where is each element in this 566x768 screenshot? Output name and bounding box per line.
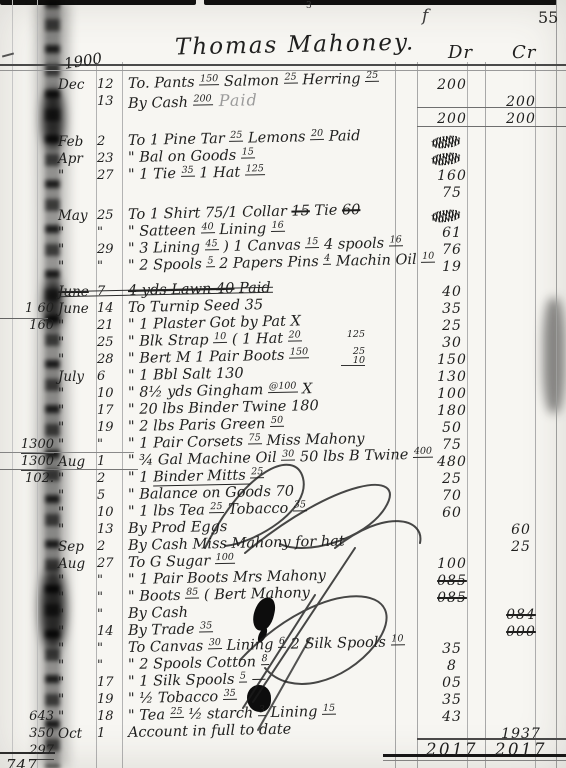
margin-tally-value: 160 — [29, 318, 54, 333]
entry-description-text: 40 — [200, 221, 214, 233]
ledger-row: 200200 — [0, 110, 566, 127]
entry-day: " — [97, 437, 123, 452]
entry-month: " — [58, 386, 96, 402]
entry-month: Apr — [58, 151, 96, 167]
entry-month: " — [58, 641, 96, 657]
ledger-row: June74 yds Lawn 40 Paid40 — [0, 283, 566, 300]
credit-amount: 2017 — [487, 740, 555, 759]
margin-tally-value: 350 — [29, 726, 54, 741]
entry-description-text: " Blk Strap — [128, 332, 214, 350]
margin-tally: 1 60 — [0, 301, 54, 316]
ledger-row: 75 — [0, 184, 566, 201]
entry-description-text: " 8½ yds Gingham — [128, 382, 268, 401]
entry-month: " — [58, 352, 96, 368]
entry-day: 23 — [97, 151, 123, 166]
entry-description-text: " Bal on Goods — [128, 148, 241, 166]
entry-day: " — [97, 225, 123, 240]
entry-description-text: " Tea — [128, 707, 170, 724]
entry-description-text: " Boots — [128, 588, 186, 605]
entry-description-text: 4 — [323, 253, 331, 265]
ledger-row: Feb2To 1 Pine Tar 25 Lemons 20 Paid — [0, 133, 566, 150]
scribbled-amount — [430, 151, 461, 167]
entry-day: " — [97, 607, 123, 622]
entry-day: 2 — [97, 134, 123, 149]
entry-month: " — [58, 658, 96, 674]
sub-amount-value: 10 — [341, 356, 365, 365]
entry-description: " Bert M 1 Pair Boots 150 — [128, 347, 310, 367]
margin-tally: 1300 — [0, 437, 54, 452]
debit-amount: 130 — [419, 369, 485, 385]
entry-description-text: " 2 Spools — [128, 256, 207, 274]
entry-day: 14 — [97, 624, 123, 639]
margin-tally-value: 1300 — [21, 437, 54, 454]
entry-description-text: X — [297, 381, 312, 397]
entry-description-text: Miss Mahony — [262, 431, 365, 449]
margin-tally: 1300 — [0, 454, 54, 469]
entry-description-text: Lining — [215, 221, 271, 238]
debit-amount: 61 — [419, 225, 485, 241]
entry-description-text: 10 — [213, 331, 227, 343]
entry-month: " — [58, 335, 96, 351]
scribbled-amount — [430, 134, 461, 150]
entry-day: " — [97, 573, 123, 588]
entry-description-text: 16 — [389, 234, 403, 246]
entry-month: May — [58, 208, 96, 224]
debit-amount: 180 — [419, 403, 485, 419]
entry-month: " — [58, 624, 96, 640]
entry-month: " — [58, 522, 96, 538]
entry-month: " — [58, 225, 96, 241]
entry-day: 7 — [97, 284, 123, 299]
entry-month: " — [58, 505, 96, 521]
entry-description-text: 15 — [291, 203, 310, 219]
entry-description-text: Tie — [310, 203, 342, 220]
entry-month: " — [58, 168, 96, 184]
margin-tally: 747 — [6, 756, 38, 768]
margin-tally-value: 102. — [25, 471, 54, 486]
entry-description-text: " 3 Lining — [128, 239, 205, 257]
entry-description-text: Lemons — [243, 129, 310, 146]
entry-description: By Cash 200 Paid — [128, 90, 258, 112]
scribbled-amount — [430, 208, 461, 224]
debit-amount: 30 — [419, 335, 485, 351]
entry-day: 27 — [97, 556, 123, 571]
entry-day: 14 — [97, 301, 123, 316]
debit-amount: 43 — [419, 709, 485, 725]
ledger-row: """ 2 Spools 5 2 Papers Pins 4 Machin Oi… — [0, 258, 566, 275]
entry-day: 6 — [97, 369, 123, 384]
entry-day: 10 — [97, 505, 123, 520]
entry-description-text: " 20 lbs Binder Twine 180 — [128, 398, 319, 418]
debit-amount: 200 — [419, 111, 485, 127]
entry-description-text: " 1 Bbl Salt 130 — [128, 366, 244, 384]
entry-month: July — [58, 369, 96, 385]
ledger-row: Apr23" Bal on Goods 15 — [0, 150, 566, 167]
entry-description-text: 50 — [270, 415, 284, 427]
entry-month: " — [58, 437, 96, 453]
entry-description-text: 4 spools — [319, 236, 389, 253]
entry-description-text: " Satteen — [128, 222, 201, 240]
credit-amount: 60 — [487, 522, 555, 538]
entry-description: To 1 Shirt 75/1 Collar 15 Tie 60 — [128, 202, 361, 223]
entry-description-text: 125 — [245, 163, 265, 175]
margin-tally-value: 1 60 — [25, 301, 54, 316]
entry-day: 1 — [97, 454, 123, 469]
entry-day: 18 — [97, 709, 123, 724]
debit-amount: 2017 — [419, 740, 485, 759]
entry-day: 19 — [97, 420, 123, 435]
entry-description-text: 150 — [289, 346, 309, 358]
entry-description: To. Pants 150 Salmon 25 Herring 25 — [128, 71, 380, 92]
entry-description-text: Salmon — [219, 73, 284, 90]
entry-month: " — [58, 675, 96, 691]
debit-amount: 150 — [419, 352, 485, 368]
entry-description-text: 15 — [241, 146, 255, 158]
entry-description-text: Machin Oil — [331, 252, 421, 270]
entry-description-text: To 1 Pine Tar — [128, 131, 230, 149]
margin-tally-value: 1300 — [21, 454, 54, 471]
entry-day: 2 — [97, 471, 123, 486]
ledger-row: "27" 1 Tie 35 1 Hat 125160 — [0, 167, 566, 184]
ledger-row: Dec12To. Pants 150 Salmon 25 Herring 252… — [0, 76, 566, 93]
entry-description-text: 15 — [305, 236, 319, 248]
debit-amount: 40 — [419, 284, 485, 300]
entry-description-text: " 1 — [128, 469, 153, 486]
entry-day: 1 — [97, 726, 123, 741]
entry-month: Feb — [58, 134, 96, 150]
margin-tally: 102. — [0, 471, 54, 486]
debit-amount: 100 — [419, 386, 485, 402]
entry-description-text: 16 — [271, 220, 285, 232]
entry-day: 21 — [97, 318, 123, 333]
margin-tally: 350 — [0, 726, 54, 741]
entry-description-text: 150 — [199, 73, 219, 85]
entry-month: " — [58, 692, 96, 708]
entry-description: " 1 Bbl Salt 130 — [128, 366, 244, 384]
entry-description-text: " 1 Tie — [128, 166, 181, 183]
entry-description-text: Paid — [324, 128, 361, 145]
entry-day: 10 — [97, 386, 123, 401]
margin-tally-value: 643 — [29, 709, 54, 724]
entry-description-text: ( 1 Hat — [227, 331, 288, 348]
entry-description-text: 200 — [192, 93, 212, 105]
entry-month: Aug — [58, 454, 96, 470]
entry-day: 13 — [97, 94, 123, 109]
entry-day: 27 — [97, 168, 123, 183]
debit-amount: 160 — [419, 168, 485, 184]
debit-amount: 50 — [419, 420, 485, 436]
entry-description-text: Herring — [298, 71, 366, 88]
entry-description-text: 35 — [180, 165, 194, 177]
entry-month: " — [58, 259, 96, 275]
entry-description-text: 60 — [342, 202, 361, 218]
sub-amounts: 125 — [341, 330, 365, 339]
entry-description-text: 75 — [247, 432, 261, 444]
entry-description-text: 25 — [229, 130, 243, 142]
margin-tally: 643 — [0, 709, 54, 724]
entry-day: " — [97, 658, 123, 673]
entry-day: " — [97, 590, 123, 605]
entry-day: " — [97, 641, 123, 656]
entry-description-text: 45 — [204, 238, 218, 250]
debit-amount: 35 — [419, 301, 485, 317]
entry-description-text: By Trade — [128, 622, 200, 639]
entry-day: " — [97, 259, 123, 274]
entry-month: " — [58, 471, 96, 487]
entry-month: " — [58, 590, 96, 606]
entry-day: 13 — [97, 522, 123, 537]
ledger-page: Thomas Mahoney. Dr Cr 55 1900 3 f Dec12T… — [0, 0, 566, 768]
entry-month: Oct — [58, 726, 96, 742]
credit-amount: 084 — [487, 607, 555, 623]
sub-amount-value: 125 — [341, 330, 365, 339]
entry-month: Sep — [58, 539, 96, 555]
entry-month: " — [58, 709, 96, 725]
ledger-row: "28" Bert M 1 Pair Boots 1502510150 — [0, 351, 566, 368]
entry-description: " Bal on Goods 15 — [128, 147, 255, 166]
entry-month: " — [58, 242, 96, 258]
credit-amount: 25 — [487, 539, 555, 555]
margin-tally: 160 — [0, 318, 54, 333]
debit-amount: 200 — [419, 77, 485, 93]
credit-amount: 000 — [487, 624, 555, 640]
sub-amounts: 2510 — [341, 347, 365, 366]
entry-month: Dec — [58, 77, 96, 93]
entry-description-text: " Bert M 1 Pair Boots — [128, 348, 289, 367]
entry-description-text: 5 — [206, 255, 214, 267]
ledger-row: 29720172017 — [0, 742, 566, 759]
entry-day: 2 — [97, 539, 123, 554]
entry-description: " 20 lbs Binder Twine 180 — [128, 398, 319, 418]
entry-month: " — [58, 420, 96, 436]
entry-description-text: 1 Hat — [195, 165, 245, 182]
entry-month: " — [58, 488, 96, 504]
entry-description-text: 25 — [365, 70, 379, 82]
entry-day: 12 — [97, 77, 123, 92]
entry-month: Aug — [58, 556, 96, 572]
debit-amount: 19 — [419, 259, 485, 275]
debit-amount: 75 — [419, 185, 485, 201]
entry-description-text: ) 1 Canvas — [219, 237, 306, 255]
entry-month: " — [58, 607, 96, 623]
entry-day: 29 — [97, 242, 123, 257]
entry-description-text: 20 — [310, 128, 324, 140]
credit-amount: 200 — [487, 94, 555, 110]
entry-day: 19 — [97, 692, 123, 707]
entry-day: 25 — [97, 208, 123, 223]
credit-amount: 200 — [487, 111, 555, 127]
entry-month: June — [58, 301, 96, 317]
ledger-row: 13By Cash 200 Paid200 — [0, 93, 566, 110]
entry-description: " Satteen 40 Lining 16 — [128, 221, 285, 240]
entry-day: 25 — [97, 335, 123, 350]
entry-description-text: 25 — [169, 706, 183, 718]
entry-month: " — [58, 403, 96, 419]
ink-flourish — [240, 630, 330, 740]
entry-description: By Cash — [128, 605, 188, 622]
entry-day: 17 — [97, 675, 123, 690]
entry-description: " 1 Tie 35 1 Hat 125 — [128, 164, 265, 183]
entry-day: 17 — [97, 403, 123, 418]
entry-description-text: 40 — [216, 281, 235, 297]
entry-day: 28 — [97, 352, 123, 367]
entry-description-text: 20 — [288, 329, 302, 341]
entry-description-text: 25 — [283, 71, 297, 83]
entry-description: To Turnip Seed 35 — [128, 297, 263, 316]
entry-day: 5 — [97, 488, 123, 503]
entry-month: " — [58, 573, 96, 589]
entry-description-text: @100 — [268, 380, 298, 393]
entry-description-text: Paid — [213, 90, 258, 110]
entry-description-text: 2 Papers Pins — [214, 254, 323, 272]
entry-description-text: To. Pants — [128, 75, 200, 92]
entry-description-text: To Turnip Seed 35 — [128, 297, 263, 316]
entry-description-text: By Cash — [128, 605, 188, 622]
entry-month: " — [58, 318, 96, 334]
debit-amount: 25 — [419, 318, 485, 334]
